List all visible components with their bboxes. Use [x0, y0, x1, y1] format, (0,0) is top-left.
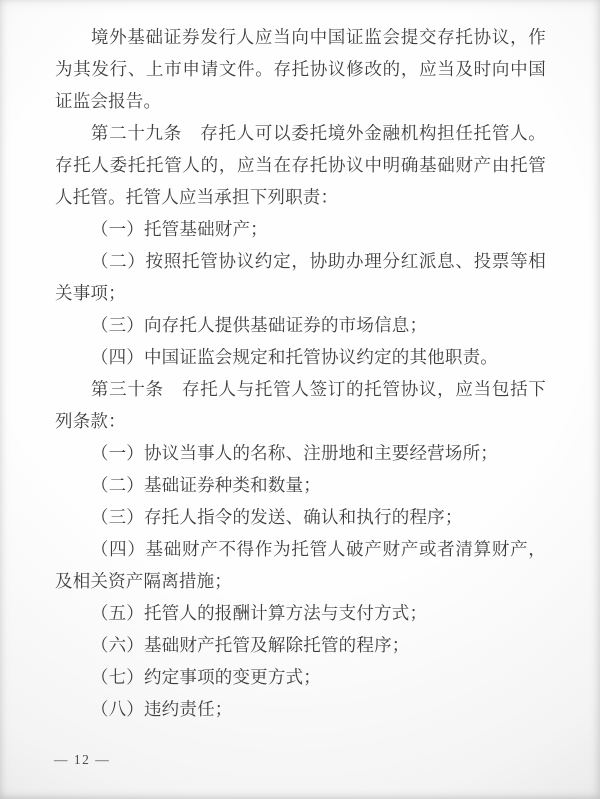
paragraph: 第三十条 存托人与托管人签订的托管协议，应当包括下列条款：	[55, 373, 546, 437]
document-page: 境外基础证券发行人应当向中国证监会提交存托协议，作为其发行、上市申请文件。存托协…	[0, 0, 600, 799]
paragraph: （一）协议当事人的名称、注册地和主要经营场所；	[55, 437, 546, 469]
paragraph: （五）托管人的报酬计算方法与支付方式；	[55, 597, 546, 629]
paragraph: （一）托管基础财产；	[55, 213, 546, 245]
paragraph: （四）基础财产不得作为托管人破产财产或者清算财产，及相关资产隔离措施；	[55, 533, 546, 597]
paragraph: （三）存托人指令的发送、确认和执行的程序；	[55, 501, 546, 533]
page-number: — 12 —	[54, 750, 110, 770]
paragraph: （二）基础证券种类和数量；	[55, 469, 546, 501]
paragraph: 境外基础证券发行人应当向中国证监会提交存托协议，作为其发行、上市申请文件。存托协…	[55, 21, 546, 117]
paragraph: （四）中国证监会规定和托管协议约定的其他职责。	[55, 341, 546, 373]
paragraph: （七）约定事项的变更方式；	[55, 661, 546, 693]
paragraph: 第二十九条 存托人可以委托境外金融机构担任托管人。存托人委托托管人的，应当在存托…	[55, 117, 546, 213]
paragraph: （八）违约责任；	[55, 693, 546, 725]
paragraph: （二）按照托管协议约定，协助办理分红派息、投票等相关事项；	[55, 245, 546, 309]
paragraph: （六）基础财产托管及解除托管的程序；	[55, 629, 546, 661]
document-body: 境外基础证券发行人应当向中国证监会提交存托协议，作为其发行、上市申请文件。存托协…	[55, 21, 546, 725]
paragraph: （三）向存托人提供基础证券的市场信息；	[55, 309, 546, 341]
